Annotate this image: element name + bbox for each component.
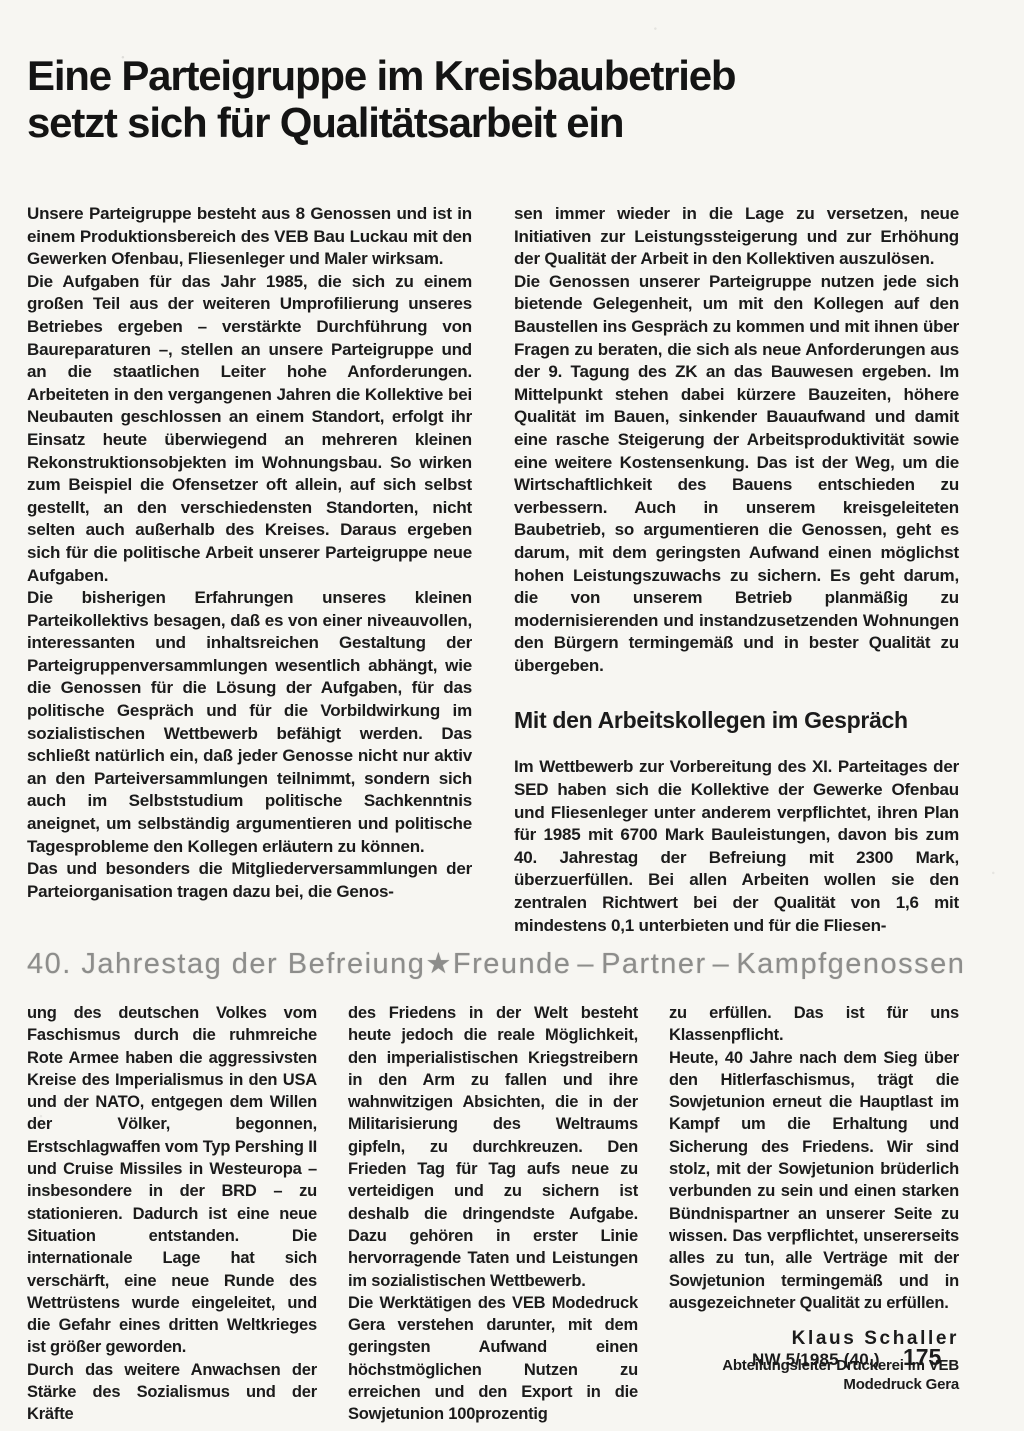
article-title-line1: Eine Parteigruppe im Kreisbaubetrieb: [27, 52, 735, 99]
section-subheading: Mit den Arbeitskollegen im Gespräch: [514, 707, 959, 734]
author-role-line2: Modedruck Gera: [669, 1375, 959, 1394]
paragraph: Durch das weitere Anwachsen der Stärke d…: [27, 1359, 317, 1426]
bottom-column-1: ung des deutschen Volkes vom Faschismus …: [27, 1002, 317, 1426]
paragraph: des Friedens in der Welt besteht heute j…: [348, 1002, 638, 1292]
article-title: Eine Parteigruppe im Kreisbaubetrieb set…: [27, 52, 735, 146]
star-icon: ★: [425, 946, 453, 981]
paragraph: Das und besonders die Mitgliederversamml…: [27, 858, 472, 903]
paragraph: Die Genossen unserer Parteigruppe nutzen…: [514, 271, 959, 678]
paragraph: Im Wettbewerb zur Vorbereitung des XI. P…: [514, 756, 959, 937]
banner-word-partner: Partner: [601, 948, 707, 981]
paragraph: Die Werktätigen des VEB Modedruck Gera v…: [348, 1292, 638, 1426]
magazine-page: Eine Parteigruppe im Kreisbaubetrieb set…: [0, 0, 1024, 1431]
paragraph: sen immer wieder in die Lage zu versetze…: [514, 203, 959, 271]
paragraph: Die Aufgaben für das Jahr 1985, die sich…: [27, 271, 472, 587]
main-article-body: Unsere Parteigruppe besteht aus 8 Genoss…: [27, 203, 959, 937]
main-column-right: sen immer wieder in die Lage zu versetze…: [514, 203, 959, 937]
campaign-banner: 40. Jahrestag der Befreiung ★ Freunde – …: [27, 946, 959, 981]
banner-dash: –: [707, 948, 737, 981]
banner-dash: –: [571, 948, 601, 981]
banner-word-freunde: Freunde: [453, 948, 572, 981]
bottom-column-2: des Friedens in der Welt besteht heute j…: [348, 1002, 638, 1426]
banner-text-left: 40. Jahrestag der Befreiung: [27, 948, 425, 981]
article-title-line2: setzt sich für Qualitätsarbeit ein: [27, 99, 623, 146]
paragraph: ung des deutschen Volkes vom Faschismus …: [27, 1002, 317, 1359]
journal-issue-label: NW 5/1985 (40.): [752, 1350, 880, 1370]
main-column-left: Unsere Parteigruppe besteht aus 8 Genoss…: [27, 203, 472, 937]
paragraph: Unsere Parteigruppe besteht aus 8 Genoss…: [27, 203, 472, 271]
banner-word-kampfgenossen: Kampfgenossen: [736, 948, 965, 981]
page-number: 175: [903, 1344, 941, 1371]
paragraph: Die bisherigen Erfahrungen unseres klein…: [27, 587, 472, 858]
paragraph: Heute, 40 Jahre nach dem Sieg über den H…: [669, 1047, 959, 1315]
paragraph: zu erfüllen. Das ist für uns Klassenpfli…: [669, 1002, 959, 1047]
